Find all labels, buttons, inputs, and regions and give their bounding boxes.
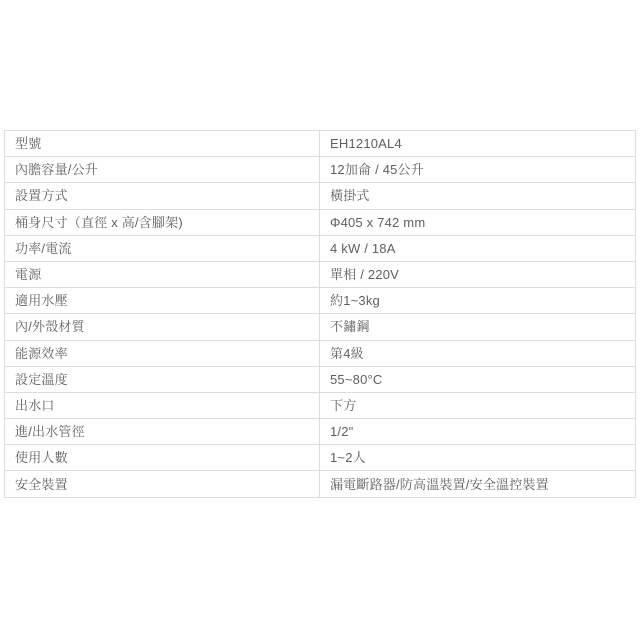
- spec-label: 設定溫度: [5, 366, 320, 392]
- spec-label: 使用人數: [5, 445, 320, 471]
- spec-value: 橫掛式: [320, 183, 636, 209]
- table-row-temperature: 設定溫度 55~80°C: [5, 366, 636, 392]
- spec-label: 適用水壓: [5, 288, 320, 314]
- table-row-energy-efficiency: 能源效率 第4級: [5, 340, 636, 366]
- spec-label: 設置方式: [5, 183, 320, 209]
- spec-label: 功率/電流: [5, 235, 320, 261]
- spec-label: 進/出水管徑: [5, 419, 320, 445]
- spec-label: 出水口: [5, 392, 320, 418]
- spec-value: 4 kW / 18A: [320, 235, 636, 261]
- spec-value: 漏電斷路器/防高溫裝置/安全溫控裝置: [320, 471, 636, 497]
- spec-label: 內膽容量/公升: [5, 157, 320, 183]
- table-row-dimensions: 桶身尺寸（直徑 x 高/含腳架) Φ405 x 742 mm: [5, 209, 636, 235]
- spec-label: 電源: [5, 261, 320, 287]
- spec-value: 約1~3kg: [320, 288, 636, 314]
- spec-value: 不鏽鋼: [320, 314, 636, 340]
- table-row-outlet: 出水口 下方: [5, 392, 636, 418]
- table-row-installation: 設置方式 橫掛式: [5, 183, 636, 209]
- table-row-power-supply: 電源 單相 / 220V: [5, 261, 636, 287]
- spec-value: 55~80°C: [320, 366, 636, 392]
- table-row-pipe-diameter: 進/出水管徑 1/2": [5, 419, 636, 445]
- table-row-model: 型號 EH1210AL4: [5, 131, 636, 157]
- spec-label: 桶身尺寸（直徑 x 高/含腳架): [5, 209, 320, 235]
- spec-value: 12加侖 / 45公升: [320, 157, 636, 183]
- spec-value: 第4級: [320, 340, 636, 366]
- spec-label: 能源效率: [5, 340, 320, 366]
- spec-table: 型號 EH1210AL4 內膽容量/公升 12加侖 / 45公升 設置方式 橫掛…: [4, 130, 636, 498]
- spec-value: 1~2人: [320, 445, 636, 471]
- spec-value: EH1210AL4: [320, 131, 636, 157]
- spec-value: Φ405 x 742 mm: [320, 209, 636, 235]
- spec-value: 1/2": [320, 419, 636, 445]
- table-row-users: 使用人數 1~2人: [5, 445, 636, 471]
- table-row-material: 內/外殼材質 不鏽鋼: [5, 314, 636, 340]
- table-row-water-pressure: 適用水壓 約1~3kg: [5, 288, 636, 314]
- spec-table-body: 型號 EH1210AL4 內膽容量/公升 12加侖 / 45公升 設置方式 橫掛…: [5, 131, 636, 498]
- spec-value: 單相 / 220V: [320, 261, 636, 287]
- spec-label: 內/外殼材質: [5, 314, 320, 340]
- spec-value: 下方: [320, 392, 636, 418]
- table-row-safety-devices: 安全裝置 漏電斷路器/防高溫裝置/安全溫控裝置: [5, 471, 636, 497]
- spec-label: 安全裝置: [5, 471, 320, 497]
- product-spec-page: 型號 EH1210AL4 內膽容量/公升 12加侖 / 45公升 設置方式 橫掛…: [0, 0, 640, 640]
- table-row-power-current: 功率/電流 4 kW / 18A: [5, 235, 636, 261]
- table-row-capacity: 內膽容量/公升 12加侖 / 45公升: [5, 157, 636, 183]
- spec-label: 型號: [5, 131, 320, 157]
